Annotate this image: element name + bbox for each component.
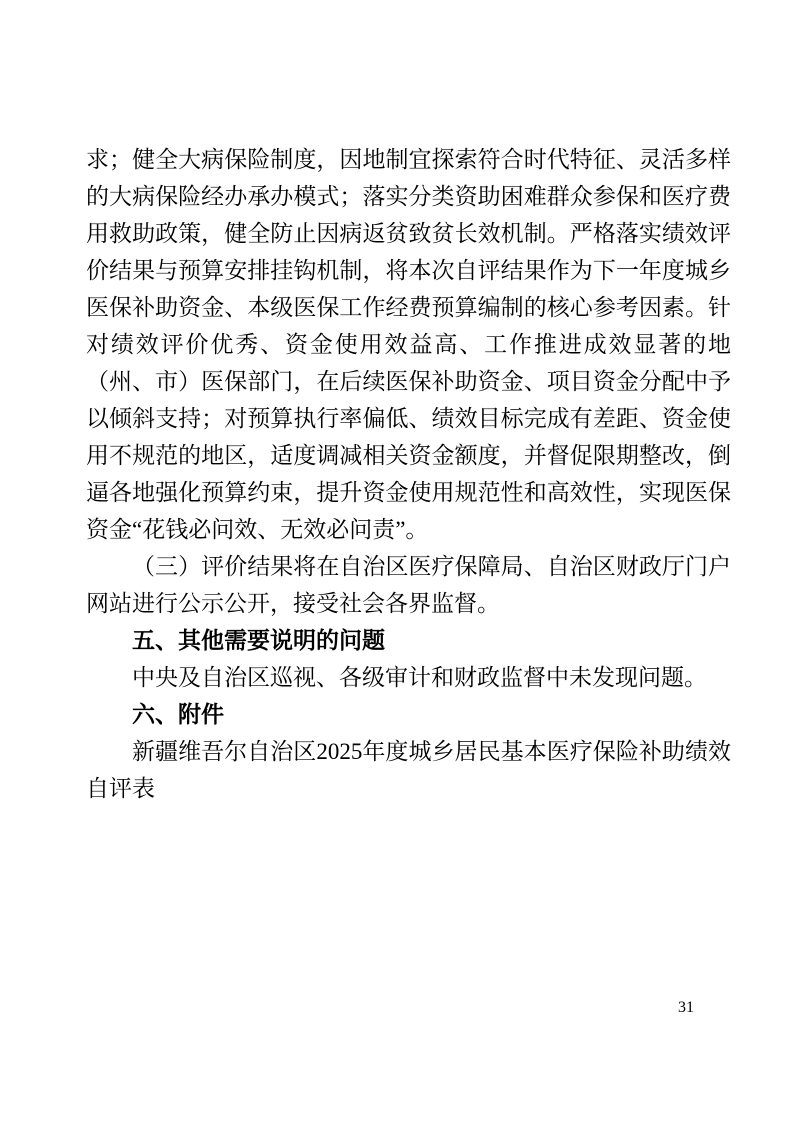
document-page: 求；健全大病保险制度，因地制宜探索符合时代特征、灵活多样的大病保险经办承办模式；…	[0, 0, 793, 1122]
paragraph-section-five: 中央及自治区巡视、各级审计和财政监督中未发现问题。	[86, 659, 731, 696]
section-heading-six: 六、附件	[86, 696, 731, 733]
paragraph-item-three: （三）评价结果将在自治区医疗保障局、自治区财政厅门户网站进行公示公开，接受社会各…	[86, 548, 731, 622]
document-body: 求；健全大病保险制度，因地制宜探索符合时代特征、灵活多样的大病保险经办承办模式；…	[86, 141, 731, 807]
paragraph-attachment: 新疆维吾尔自治区2025年度城乡居民基本医疗保险补助绩效自评表	[86, 733, 731, 807]
paragraph-continuation: 求；健全大病保险制度，因地制宜探索符合时代特征、灵活多样的大病保险经办承办模式；…	[86, 141, 731, 548]
page-number: 31	[660, 998, 712, 1017]
section-heading-five: 五、其他需要说明的问题	[86, 622, 731, 659]
